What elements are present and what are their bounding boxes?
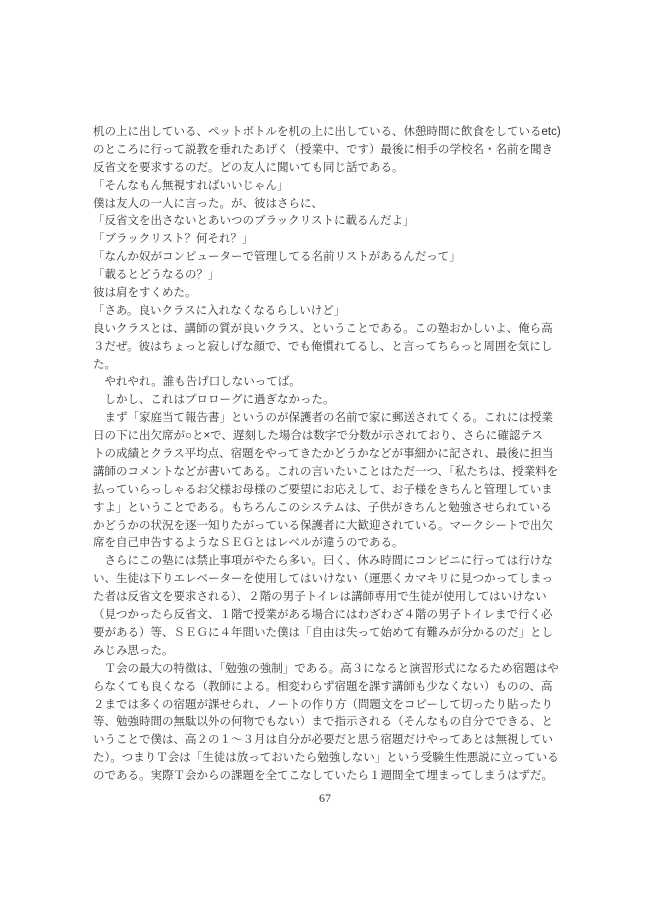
text-line: 席を自己申告するようなＳＥＧとはレベルが違うのである。 (93, 535, 555, 553)
text-line: 「反省文を出さないとあいつのブラックリストに載るんだよ」 (93, 213, 555, 231)
text-line: 反省文を要求するのだ。どの友人に聞いても同じ話である。 (93, 160, 555, 178)
text-line: 「なんか奴がコンピューターで管理してる名前リストがあるんだって」 (93, 249, 555, 267)
text-line: い、生徒は下りエレベーターを使用してはいけない（運悪くカマキリに見つかってしまっ (93, 571, 555, 589)
text-line: さらにこの塾には禁止事項がやたら多い。曰く、休み時間にコンビニに行っては行けな (93, 553, 555, 571)
text-line: 「ブラックリスト？何それ？」 (93, 231, 555, 249)
text-line: 彼は肩をすくめた。 (93, 285, 555, 303)
text-line: 机の上に出している、ペットボトルを机の上に出している、休憩時間に飲食をしているe… (93, 124, 555, 142)
text-line: らなくても良くなる（教師による。相変わらず宿題を課す講師も少なくない）ものの、高 (93, 679, 555, 697)
text-line: すよ」ということである。もちろんこのシステムは、子供がきちんと勉強させられている (93, 500, 555, 518)
text-line: た。 (93, 357, 555, 375)
document-page: 机の上に出している、ペットボトルを机の上に出している、休憩時間に飲食をしているe… (0, 0, 650, 919)
text-line: トの成績とクラス平均点、宿題をやってきたかどうかなどが事細かに記され、最後に担当 (93, 446, 555, 464)
text-line: Ｔ会の最大の特徴は、「勉強の強制」である。高３になると演習形式になるため宿題はや (93, 661, 555, 679)
text-line: た者は反省文を要求される）、２階の男子トイレは講師専用で生徒が使用してはいけない (93, 589, 555, 607)
text-line: 僕は友人の一人に言った。が、彼はさらに、 (93, 196, 555, 214)
text-line: た）。つまりＴ会は「生徒は放っておいたら勉強しない」という受験生性悪説に立ってい… (93, 750, 555, 768)
text-line: やれやれ。誰も告げ口しないってば。 (93, 374, 555, 392)
text-line: 良いクラスとは、講師の質が良いクラス、ということである。この塾おかしいよ、俺ら高 (93, 321, 555, 339)
text-line: （見つかったら反省文、１階で授業がある場合にはわざわざ４階の男子トイレまで行く必 (93, 607, 555, 625)
text-line: 講師のコメントなどが書いてある。これの言いたいことはただ一つ、「私たちは、授業料… (93, 464, 555, 482)
text-line: 等、勉強時間の無駄以外の何物でもない）まで指示される（そんなもの自分でできる、と (93, 714, 555, 732)
text-line: のである。実際Ｔ会からの課題を全てこなしていたら１週間全て埋まってしまうはずだ。 (93, 768, 555, 786)
text-line: 払っていらっしゃるお父様お母様のご要望にお応えして、お子様をきちんと管理していま (93, 482, 555, 500)
text-line: ２までは多くの宿題が課せられ、ノートの作り方（問題文をコピーして切ったり貼ったり (93, 697, 555, 715)
text-line: 「載るとどうなるの？」 (93, 267, 555, 285)
text-line: 日の下に出欠席が○と×で、遅刻した場合は数字で分数が示されており、さらに確認テス (93, 428, 555, 446)
body-text: 机の上に出している、ペットボトルを机の上に出している、休憩時間に飲食をしているe… (93, 124, 555, 786)
text-line: かどうかの状況を逐一知りたがっている保護者に大歓迎されている。マークシートで出欠 (93, 518, 555, 536)
page-number: 67 (0, 791, 650, 806)
text-line: いうことで僕は、高２の１～３月は自分が必要だと思う宿題だけやってあとは無視してい (93, 732, 555, 750)
text-line: ３だぜ。彼はちょっと寂しげな顔で、でも俺慣れてるし、と言ってちらっと周囲を気にし (93, 339, 555, 357)
text-line: まず「家庭当て報告書」というのが保護者の名前で家に郵送されてくる。これには授業 (93, 410, 555, 428)
text-line: 要がある）等、ＳＥＧに４年間いた僕は「自由は失って始めて有難みが分かるのだ」とし (93, 625, 555, 643)
text-line: 「そんなもん無視すればいいじゃん」 (93, 178, 555, 196)
text-line: のところに行って説教を垂れたあげく（授業中、です）最後に相手の学校名・名前を聞き (93, 142, 555, 160)
text-line: しかし、これはプロローグに過ぎなかった。 (93, 392, 555, 410)
text-line: 「さあ。良いクラスに入れなくなるらしいけど」 (93, 303, 555, 321)
text-line: みじみ思った。 (93, 643, 555, 661)
